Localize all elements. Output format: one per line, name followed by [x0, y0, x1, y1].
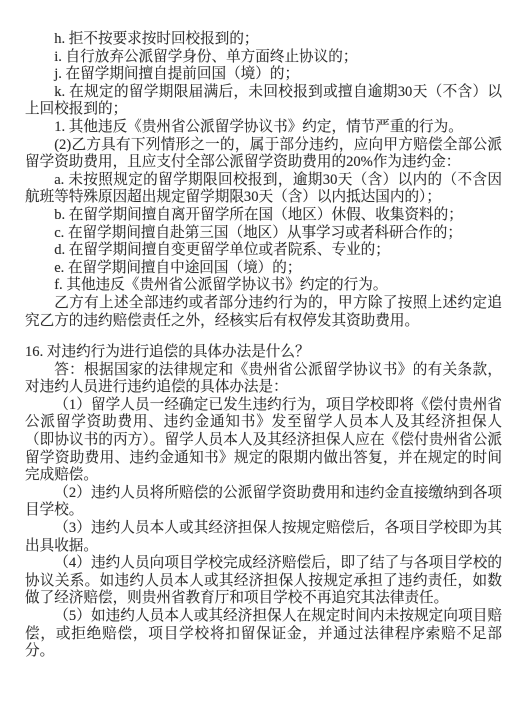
document-text-body: h. 拒不按要求按时回校报到的； i. 自行放弃公派留学身份、单方面终止协议的；…	[25, 31, 502, 661]
paragraph: （2）违约人员将所赔偿的公派留学资助费用和违约金直接缴纳到各项目学校。	[25, 485, 502, 520]
paragraph: （4）违约人员向项目学校完成经济赔偿后，即了结了与各项目学校的协议关系。如违约人…	[25, 555, 502, 608]
paragraph: （5）如违约人员本人或其经济担保人在规定时间内未按规定向项目赔偿，或拒绝赔偿，项…	[25, 608, 502, 661]
paragraph: b. 在留学期间擅自离开留学所在国（地区）休假、收集资料的；	[25, 207, 502, 225]
document-page: h. 拒不按要求按时回校报到的； i. 自行放弃公派留学身份、单方面终止协议的；…	[0, 0, 528, 727]
paragraph: j. 在留学期间擅自提前回国（境）的；	[25, 66, 502, 84]
paragraph: c. 在留学期间擅自赴第三国（地区）从事学习或者科研合作的；	[25, 225, 502, 243]
paragraph: d. 在留学期间擅自变更留学单位或者院系、专业的；	[25, 242, 502, 260]
paragraph: 乙方有上述全部违约或者部分违约行为的，甲方除了按照上述约定追究乙方的违约赔偿责任…	[25, 295, 502, 330]
paragraph: 1. 其他违反《贵州省公派留学协议书》约定，情节严重的行为。	[25, 119, 502, 137]
paragraph: e. 在留学期间擅自中途回国（境）的；	[25, 260, 502, 278]
paragraph: h. 拒不按要求按时回校报到的；	[25, 31, 502, 49]
paragraph: i. 自行放弃公派留学身份、单方面终止协议的；	[25, 49, 502, 67]
paragraph: 答：根据国家的法律规定和《贵州省公派留学协议书》的有关条款，对违约人员进行违约追…	[25, 362, 502, 397]
paragraph: (2)乙方具有下列情形之一的，属于部分违约，应向甲方赔偿全部公派留学资助费用，且…	[25, 137, 502, 172]
paragraph: （1）留学人员一经确定已发生违约行为，项目学校即将《偿付贵州省公派留学资助费用、…	[25, 397, 502, 485]
paragraph: k. 在规定的留学期限届满后，未回校报到或擅自逾期30天（不含）以上回校报到的；	[25, 84, 502, 119]
paragraph: a. 未按照规定的留学期限回校报到，逾期30天（含）以内的（不含因航班等特殊原因…	[25, 172, 502, 207]
paragraph: 16. 对违约行为进行追偿的具体办法是什么？	[25, 344, 502, 362]
paragraph: f. 其他违反《贵州省公派留学协议书》约定的行为。	[25, 277, 502, 295]
paragraph: （3）违约人员本人或其经济担保人按规定赔偿后，各项目学校即为其出具收据。	[25, 520, 502, 555]
